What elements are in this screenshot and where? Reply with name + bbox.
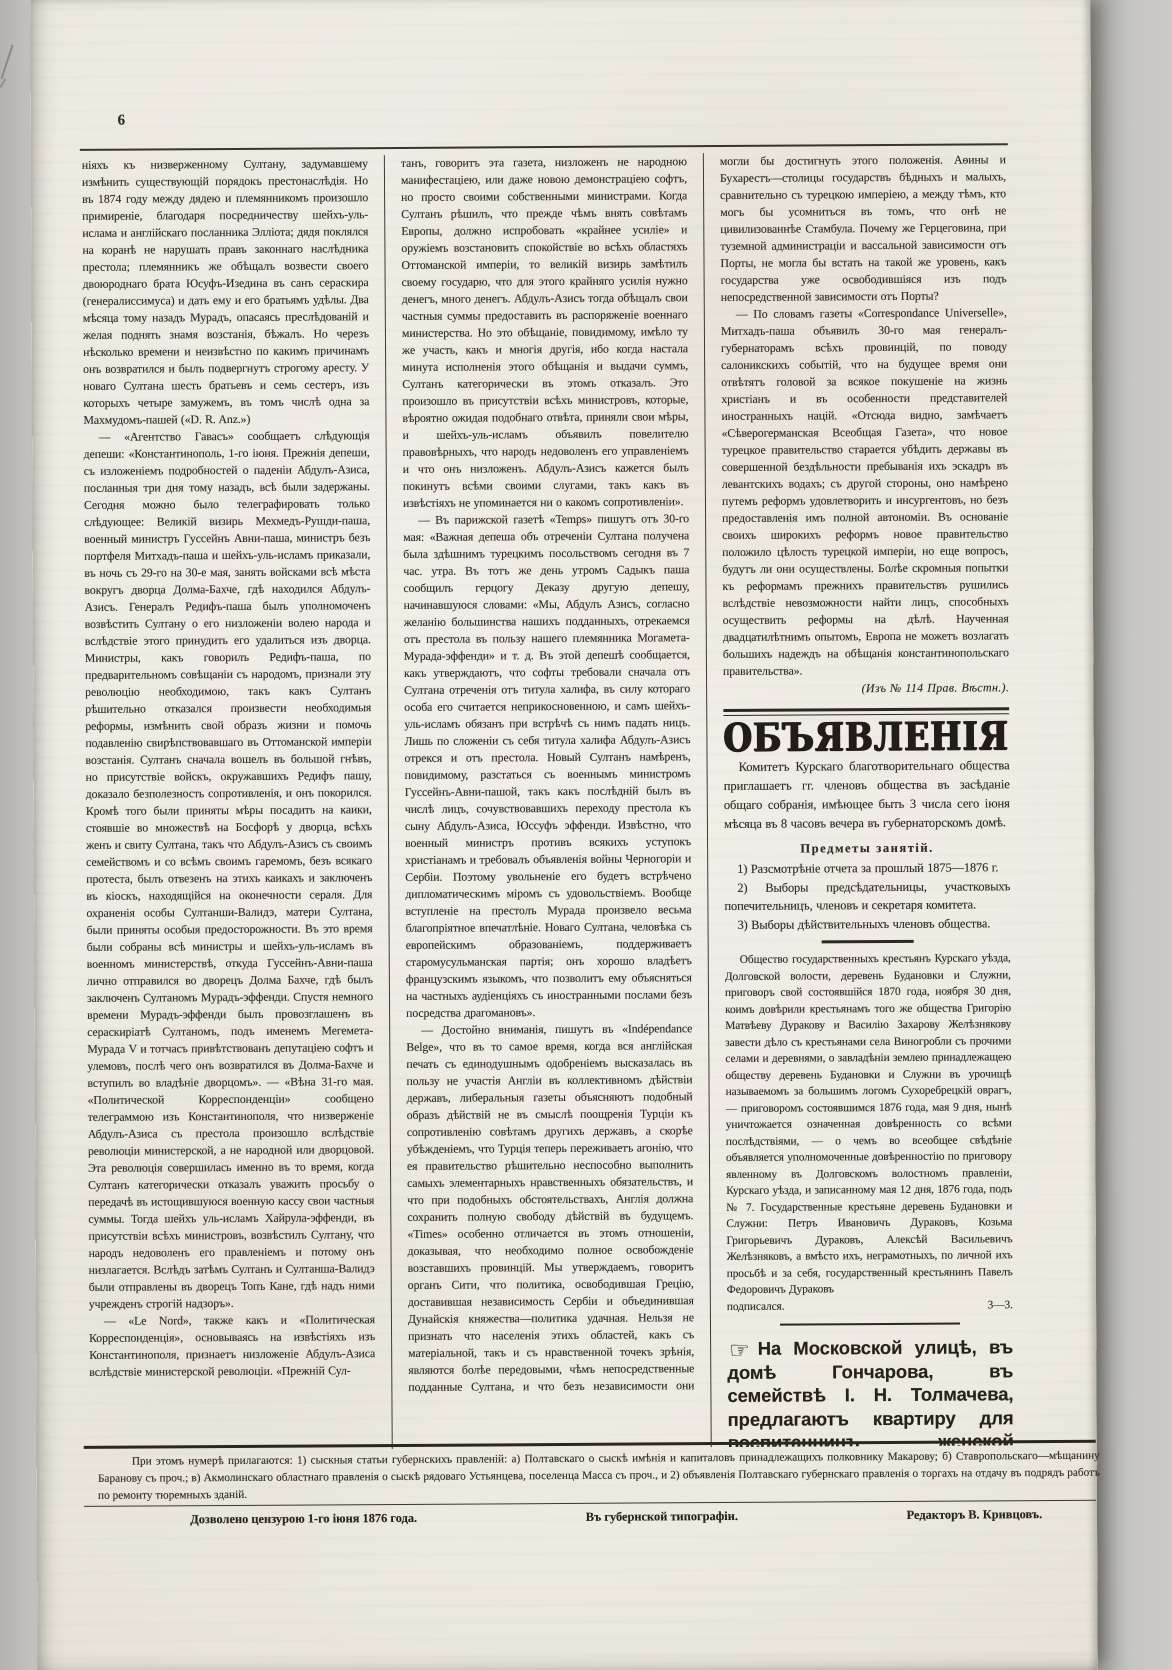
news-paragraph: танъ, говоритъ эта газета, низложенъ не … — [401, 153, 689, 512]
news-paragraph: — Достойно вниманія, пишутъ въ «Indépend… — [406, 1020, 694, 1397]
insertion-mark: 3—3. — [988, 1297, 1013, 1314]
agenda-item: 2) Выборы предсѣдательницы, участковыхъ … — [724, 877, 1010, 916]
announcement-body: На Московской улицѣ, въ домѣ Гончарова, … — [727, 1336, 1014, 1447]
news-paragraph: — Въ парижской газетѣ «Temps» пишутъ отъ… — [403, 510, 692, 1022]
ad-divider — [780, 1323, 960, 1326]
column-2: танъ, говоритъ эта газета, низложенъ не … — [401, 153, 695, 1397]
announcement-peasant-society: Общество государственныхъ крестьянъ Курс… — [725, 950, 1013, 1315]
news-paragraph: ніяхъ къ низверженному Султану, задумавш… — [82, 155, 370, 429]
pen-mark — [0, 78, 6, 88]
news-paragraph: — «Le Nord», также какъ и «Политическая … — [89, 1311, 375, 1381]
imprint-row: Дозволено цензурою 1-го іюня 1876 года. … — [190, 1507, 1042, 1527]
printer-note: Въ губернской типографіи. — [586, 1509, 738, 1525]
announcement-charity-meeting: Комитетъ Курскаго благотворительнаго общ… — [724, 756, 1011, 934]
announcement-subheader: Предметы занятій. — [724, 839, 1010, 858]
news-paragraph: — «Агентство Гавасъ» сообщаетъ слѣдующія… — [84, 427, 375, 1313]
news-paragraph: могли бы достигнуть этого положенія. Аѳи… — [720, 151, 1007, 306]
ad-divider — [822, 940, 914, 944]
page-content: 6 ніяхъ къ низверженному Султану, задума… — [81, 0, 1015, 1670]
page-number: 6 — [118, 113, 126, 130]
column-divider — [384, 155, 393, 1449]
signature-row: подписался. 3—3. — [727, 1297, 1013, 1315]
supplement-note: При этомъ нумерѣ прилагаются: 1) сыскныя… — [98, 1448, 1100, 1505]
announcement-apartment: ☞На Московской улицѣ, въ домѣ Гончарова,… — [727, 1335, 1014, 1447]
editor-note: Редакторъ В. Кривцовъ. — [907, 1507, 1043, 1523]
agenda-item: 3) Выборы дѣйствительныхъ членовъ общест… — [724, 914, 1010, 934]
column-1: ніяхъ къ низверженному Султану, задумавш… — [82, 155, 376, 1399]
header-rule — [80, 143, 1008, 151]
censor-note: Дозволено цензурою 1-го іюня 1876 года. — [190, 1511, 417, 1527]
signature: подписался. — [727, 1298, 785, 1315]
news-paragraph: — По словамъ газеты «Correspondance Univ… — [721, 304, 1009, 680]
newspaper-page: 6 ніяхъ къ низверженному Султану, задума… — [30, 0, 1097, 1670]
source-citation: (Изъ № 114 Прав. Вѣстн.). — [723, 679, 1009, 698]
agenda-item: 1) Разсмотрѣніе отчета за прошлый 1875—1… — [724, 858, 1010, 878]
manicule-icon: ☞ — [729, 1338, 750, 1364]
column-divider — [703, 153, 712, 1447]
announcement-body: Общество государственныхъ крестьянъ Курс… — [725, 950, 1013, 1298]
text-block: ніяхъ къ низверженному Султану, задумавш… — [82, 151, 1014, 1451]
announcement-body: Комитетъ Курскаго благотворительнаго общ… — [724, 756, 1010, 834]
announcements-header: ОБЪЯВЛЕНІЯ. — [723, 726, 1009, 748]
column-3: могли бы достигнуть этого положенія. Аѳи… — [720, 151, 1014, 1447]
pen-mark — [0, 45, 13, 80]
